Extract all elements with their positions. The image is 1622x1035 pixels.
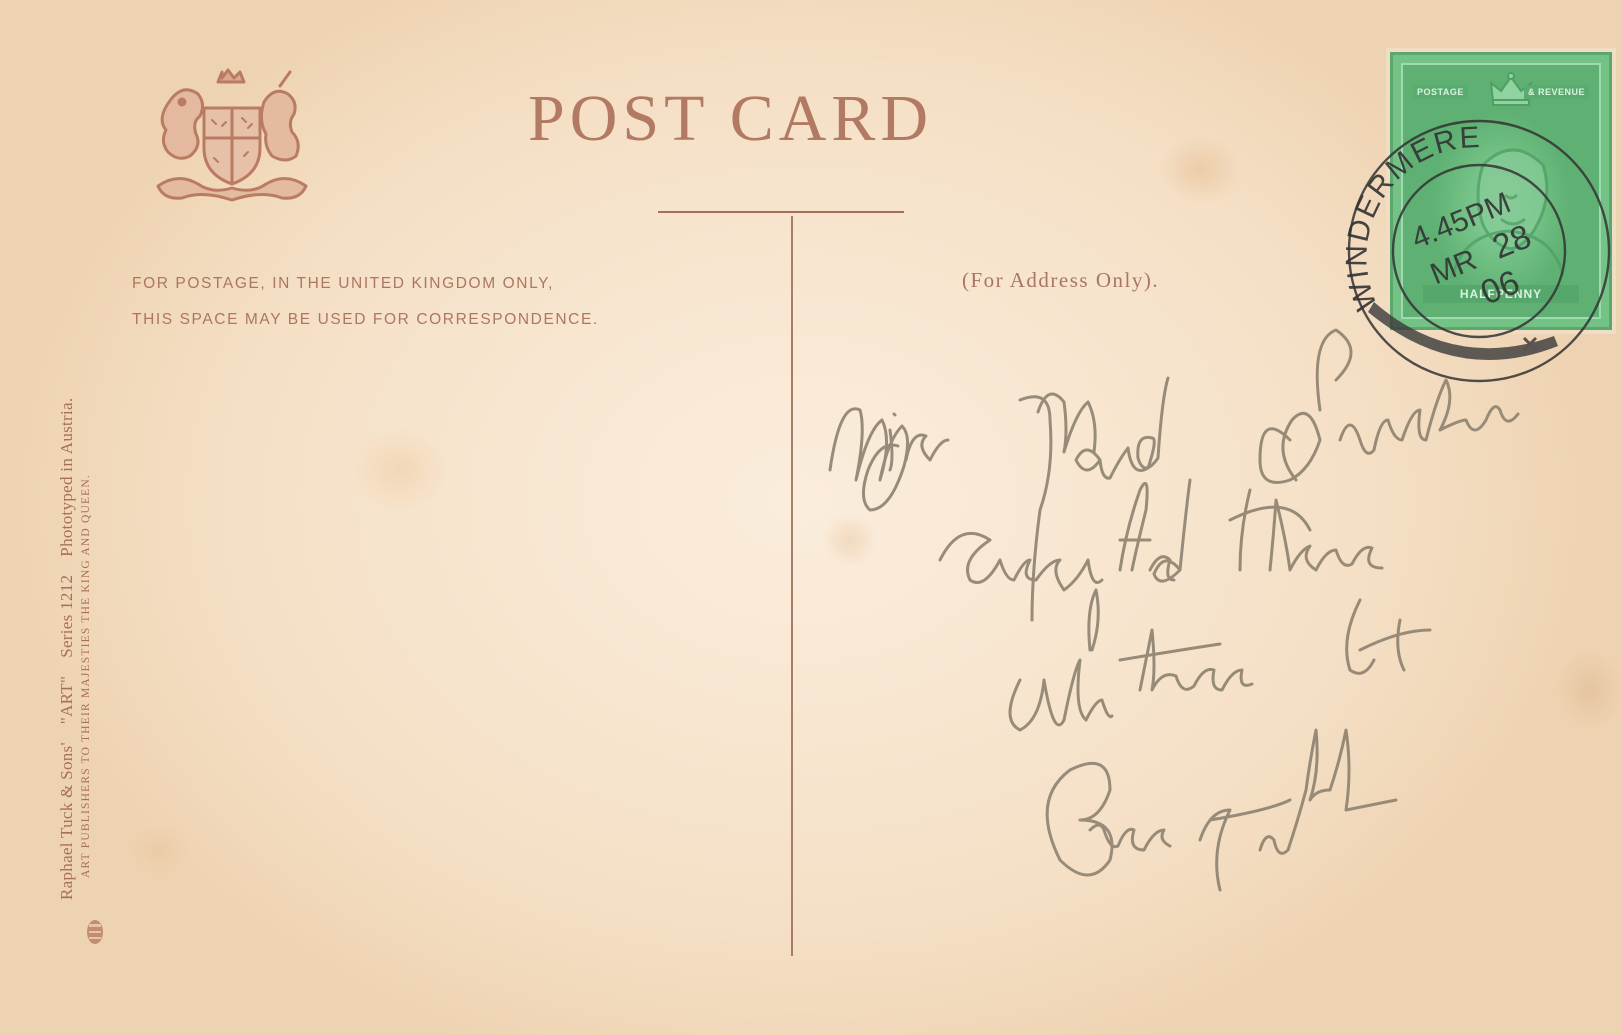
king-portrait-icon [1443,125,1573,275]
page-title: POST CARD [528,86,933,152]
title-underline [658,211,904,213]
address-line4: Bradford [820,320,824,321]
correspondence-note: FOR POSTAGE, IN THE UNITED KINGDOM ONLY,… [132,266,599,338]
stamp-postage-tab: POSTAGE [1413,85,1468,99]
royal-warrant: ART PUBLISHERS TO THEIR MAJESTIES THE KI… [78,398,94,878]
vertical-divider [791,216,793,956]
easel-palette-icon [84,918,106,946]
handwritten-address: Miss Maud Pemberton Westfield House Whit… [820,320,1580,920]
stamp-revenue-tab: & REVENUE [1524,85,1589,99]
series-name: "ART" [57,676,76,724]
postcard-back: POST CARD FOR POSTAGE, IN THE UNITED KIN… [0,0,1622,1035]
address-label: (For Address Only). [962,268,1159,293]
series-number: Series 1212 [57,575,76,658]
printed-in: Phototyped in Austria. [57,398,76,557]
royal-coat-of-arms-icon [152,68,312,204]
stamp-portrait-frame: POSTAGE & REVENUE HALFPENNY [1401,63,1601,319]
publisher-name: Raphael Tuck & Sons' [57,742,76,900]
postage-stamp: POSTAGE & REVENUE HALFPENNY [1390,52,1612,330]
publisher-imprint: Raphael Tuck & Sons'"ART"Series 1212Phot… [56,398,94,900]
correspondence-note-line2: THIS SPACE MAY BE USED FOR CORRESPONDENC… [132,302,599,338]
stamp-value: HALFPENNY [1423,285,1579,303]
correspondence-note-line1: FOR POSTAGE, IN THE UNITED KINGDOM ONLY, [132,266,599,302]
imprint-line1: Raphael Tuck & Sons'"ART"Series 1212Phot… [56,398,78,900]
